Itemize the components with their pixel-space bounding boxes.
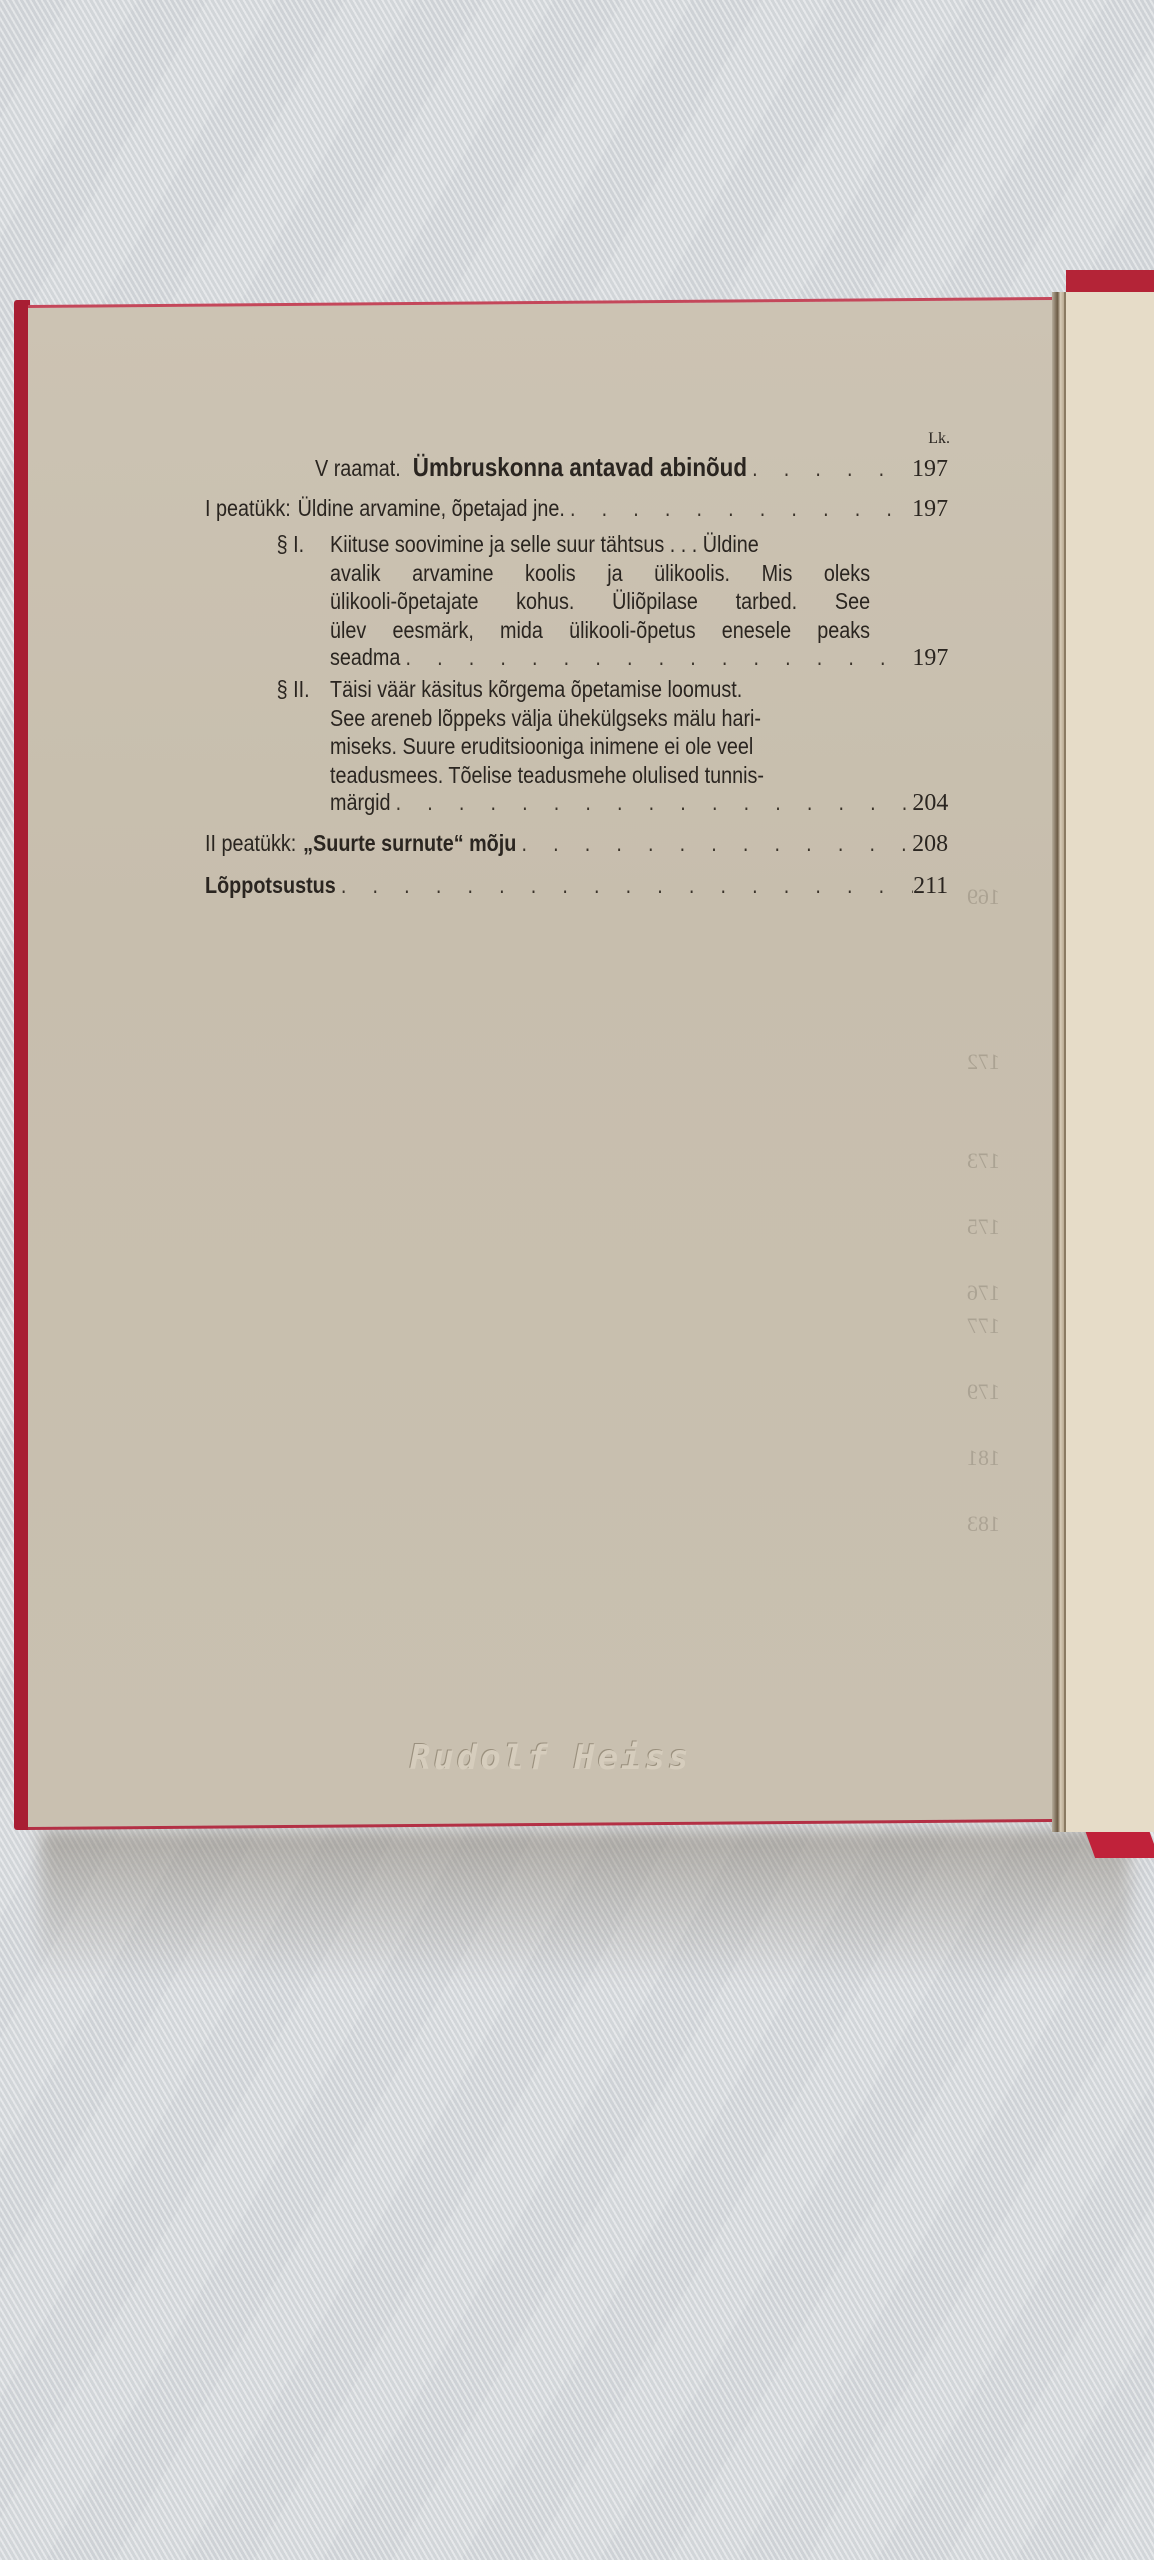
toc-entry-section[interactable]: § II.Täisi väär käsitus kõrgema õpetamis… — [205, 675, 950, 845]
leader-dots: . . . . . . . . . . . . . . . . . . . . … — [516, 830, 912, 857]
leader-dots: . . . . . . . . . . . . . . . . . . . . … — [400, 644, 912, 671]
leader-dots: . . . . . . . . . . . . . . . . . . . . … — [390, 789, 912, 816]
entry-page: 197 — [907, 645, 949, 672]
section-marker: § II. — [277, 675, 315, 704]
entry-title: „Suurte surnute“ mõju — [296, 830, 516, 857]
section-line: ülikooli-õpetajate kohus. Üliõpilase tar… — [330, 587, 870, 616]
section-line: Kiituse soovimine ja selle suur tähtsus … — [330, 531, 759, 557]
ghost-page-number: 172 — [180, 1045, 1000, 1078]
section-line: See areneb lõppeks välja ühekülgseks mäl… — [330, 704, 870, 733]
page-column-header: Lk. — [928, 430, 950, 448]
book-shadow — [40, 1830, 1130, 1980]
ghost-page-number: 177 — [180, 1309, 1000, 1342]
toc-entry-chapter[interactable]: I peatükk: Üldine arvamine, õpetajad jne… — [205, 495, 948, 523]
ghost-page-number: 181 — [180, 1441, 1000, 1474]
section-line: teadusmees. Tõelise teadusmehe olulised … — [330, 761, 870, 790]
ghost-page-number: 173 — [180, 1144, 1000, 1177]
toc-entry-conclusion[interactable]: Lõppotsustus . . . . . . . . . . . . . .… — [205, 872, 948, 900]
section-line: avalik arvamine koolis ja ülikoolis. Mis… — [330, 559, 870, 588]
entry-title: Üldine arvamine, õpetajad jne. — [291, 495, 565, 522]
toc-entry-chapter[interactable]: II peatükk: „Suurte surnute“ mõju . . . … — [205, 830, 948, 858]
entry-page: 204 — [907, 790, 949, 817]
section-line: Täisi väär käsitus kõrgema õpetamise loo… — [330, 676, 742, 702]
entry-page: 197 — [906, 496, 948, 523]
facing-page — [1064, 292, 1154, 1832]
entry-page: 211 — [907, 873, 948, 900]
entry-prefix: V raamat. — [315, 455, 401, 482]
entry-title: Ümbruskonna antavad abinõud — [401, 452, 747, 483]
section-line: ülev eesmärk, mida ülikooli-õpetus enese… — [330, 616, 870, 645]
section-line: seadma — [330, 644, 400, 671]
toc-entry-book[interactable]: V raamat. Ümbruskonna antavad abinõud . … — [315, 452, 948, 483]
ghost-page-number: 183 — [180, 1507, 1000, 1540]
entry-title: Lõppotsustus — [205, 872, 336, 899]
section-line: miseks. Suure eruditsiooniga inimene ei … — [330, 732, 870, 761]
entry-page: 208 — [906, 831, 948, 858]
section-line: märgid — [330, 789, 390, 816]
book-cover-edge-right-bottom — [1085, 1830, 1154, 1858]
leader-dots: . . . . . . . . . . . . . . . . . . . . … — [565, 495, 912, 522]
leader-dots: . . . . . . . . . . . . . . . . . . — [747, 455, 912, 482]
ghost-page-number: 179 — [180, 1375, 1000, 1408]
section-marker: § I. — [277, 530, 315, 559]
embossed-stamp: Rudolf Heiss — [410, 1738, 692, 1778]
ghost-page-number: 175 — [180, 1210, 1000, 1243]
entry-page: 197 — [906, 456, 948, 483]
leader-dots: . . . . . . . . . . . . . . . . . . . . … — [336, 872, 913, 899]
ghost-page-number: 176 — [180, 1276, 1000, 1309]
show-through-text: 169 172 173 175 176 177 179 181 183 — [180, 880, 1000, 1640]
entry-prefix: II peatükk: — [205, 830, 296, 857]
entry-prefix: I peatükk: — [205, 495, 291, 522]
